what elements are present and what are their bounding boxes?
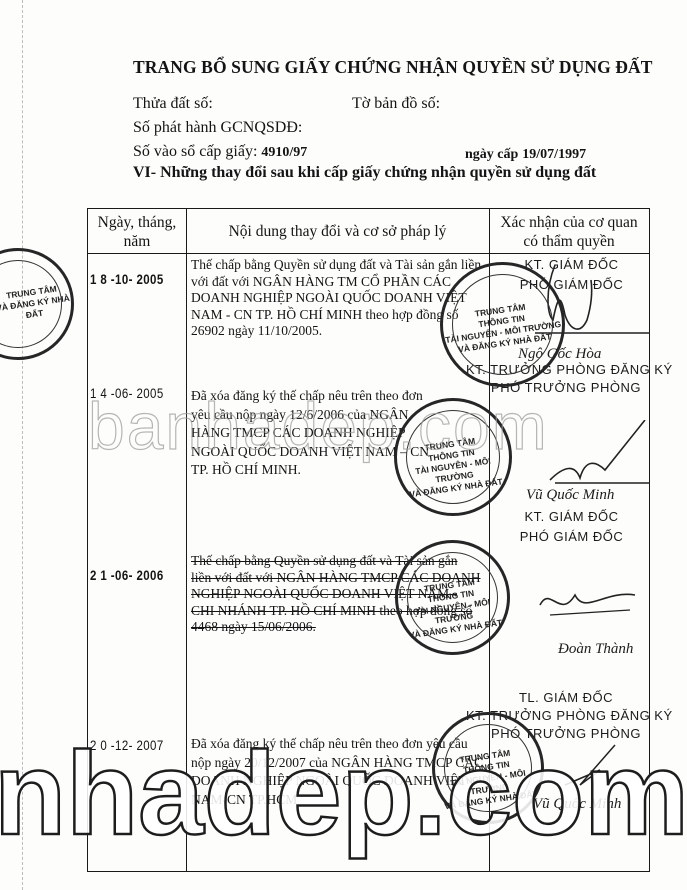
signer-name: Đoàn Thành (558, 641, 633, 658)
map-sheet-label: Tờ bản đồ số: (352, 95, 440, 113)
official-stamp: TRUNG TÂMTHÔNG TINTÀI NGUYÊN - MÔI TRƯỜN… (440, 262, 565, 387)
official-stamp: TRUNG TÂMTHÔNG TINTÀI NGUYÊN - MÔI TRƯỜN… (395, 540, 510, 655)
header-content: Nội dung thay đổi và cơ sở pháp lý (186, 209, 489, 254)
issue-date: ngày cấp 19/07/1997 (465, 145, 586, 163)
stamp-text: TRUNG TÂMTHÔNG TINTÀI NGUYÊN - MÔI TRƯỜN… (441, 297, 565, 357)
watermark-light: banhadep.com (88, 388, 549, 464)
stamp-text: TRUNG TÂMTHÔNG TINTÀI NGUYÊN - MÔI TRƯỜN… (395, 573, 511, 643)
issue-date-label: ngày cấp (465, 147, 518, 162)
confirmation-title: KT. GIÁM ĐỐCPHÓ GIÁM ĐỐC (499, 507, 644, 547)
row-date: 1 8 -10- 2005 (90, 271, 164, 287)
section-title: VI- Những thay đổi sau khi cấp giấy chứn… (133, 164, 596, 182)
issue-number-label: Số phát hành GCNQSDĐ: (133, 119, 302, 137)
issue-date-value: 19/07/1997 (522, 147, 586, 162)
signature-scribble (535, 575, 645, 635)
header-confirmation: Xác nhận của cơ quancó thẩm quyền (489, 209, 649, 254)
partial-stamp-left: TRUNG TÂMVÀ ĐĂNG KÝ NHÀ ĐẤT (0, 248, 74, 360)
stamp-text: TRUNG TÂMVÀ ĐĂNG KÝ NHÀ ĐẤT (0, 282, 73, 325)
register-number: Số vào sổ cấp giấy: 4910/97 (133, 143, 307, 161)
document-title: TRANG BỔ SUNG GIẤY CHỨNG NHẬN QUYỀN SỬ D… (133, 57, 653, 78)
watermark-bold: nhadep.com (0, 735, 687, 853)
signature-scribble (545, 420, 655, 490)
parcel-label: Thửa đất số: (133, 95, 213, 113)
register-value: 4910/97 (261, 145, 307, 160)
header-date: Ngày, tháng,năm (88, 209, 186, 254)
row-date: 2 1 -06- 2006 (90, 567, 164, 583)
register-label: Số vào sổ cấp giấy: (133, 143, 257, 160)
